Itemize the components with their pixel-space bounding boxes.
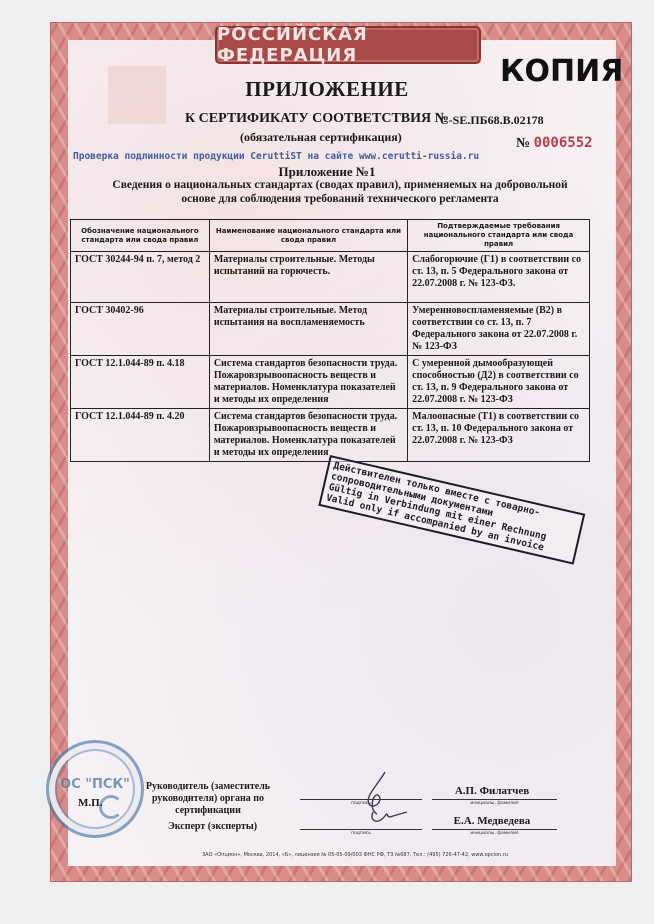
table-row: ГОСТ 30244-94 п. 7, метод 2 Материалы ст… [71, 252, 590, 303]
standard-name: Материалы строительные. Метод испытания … [209, 303, 407, 356]
printer-footer: ЗАО «Опцион», Москва, 2014, «Б», лицензи… [130, 852, 580, 858]
standard-name: Система стандартов безопасности труда. П… [209, 409, 407, 462]
expert-signature-line [300, 829, 422, 830]
head-of-body-label: Руководитель (заместитель руководителя) … [118, 781, 298, 817]
standard-requirement: Слабогорючие (Г1) в соответствии со ст. … [408, 252, 590, 303]
standard-name: Материалы строительные. Методы испытаний… [209, 252, 407, 303]
table-header-row: Обозначение национального стандарта или … [71, 220, 590, 252]
serial-number: № 0006552 [516, 135, 593, 152]
expert-name-line [432, 829, 557, 830]
expert-signature-caption: подпись [300, 831, 422, 836]
column-header-name: Наименование национального стандарта или… [209, 220, 407, 252]
standard-code: ГОСТ 30244-94 п. 7, метод 2 [71, 252, 210, 303]
standard-requirement: С умеренной дымообразующей способностью … [408, 356, 590, 409]
seal-place-label: М.П. [78, 797, 102, 809]
standard-requirement: Малоопасные (Т1) в соответствии со ст. 1… [408, 409, 590, 462]
expert-label: Эксперт (эксперты) [168, 821, 257, 832]
standard-requirement: Умеренновоспламеняемые (В2) в соответств… [408, 303, 590, 356]
table-row: ГОСТ 12.1.044-89 п. 4.18 Система стандар… [71, 356, 590, 409]
serial-label: № [516, 136, 530, 151]
standard-code: ГОСТ 30402-96 [71, 303, 210, 356]
certificate-label: К СЕРТИФИКАТУ СООТВЕТСТВИЯ № [185, 111, 449, 127]
handwritten-signature-icon [355, 768, 415, 828]
standard-code: ГОСТ 12.1.044-89 п. 4.20 [71, 409, 210, 462]
column-header-code: Обозначение национального стандарта или … [71, 220, 210, 252]
table-row: ГОСТ 30402-96 Материалы строительные. Ме… [71, 303, 590, 356]
head-name-line [432, 799, 557, 800]
head-name: А.П. Филатчев [432, 785, 552, 797]
expert-name-caption: инициалы, фамилия [432, 831, 557, 836]
standards-table: Обозначение национального стандарта или … [70, 219, 590, 462]
document-title: ПРИЛОЖЕНИЕ [0, 77, 654, 102]
country-banner: РОССИЙСКАЯ ФЕДЕРАЦИЯ [215, 26, 481, 64]
standard-name: Система стандартов безопасности труда. П… [209, 356, 407, 409]
standard-code: ГОСТ 12.1.044-89 п. 4.18 [71, 356, 210, 409]
table-row: ГОСТ 12.1.044-89 п. 4.20 Система стандар… [71, 409, 590, 462]
verification-note: Проверка подлинности продукции CeruttiST… [73, 151, 479, 162]
head-name-caption: инициалы, фамилия [432, 801, 557, 806]
expert-name: Е.А. Медведева [432, 815, 552, 827]
certification-type: (обязательная сертификация) [240, 130, 402, 145]
certificate-number: C-SE.ПБ68.В.02178 [440, 113, 544, 128]
serial-value: 0006552 [534, 135, 593, 151]
column-header-requirement: Подтверждаемые требования национального … [408, 220, 590, 252]
annex-description: Сведения о национальных стандартах (свод… [100, 178, 580, 206]
